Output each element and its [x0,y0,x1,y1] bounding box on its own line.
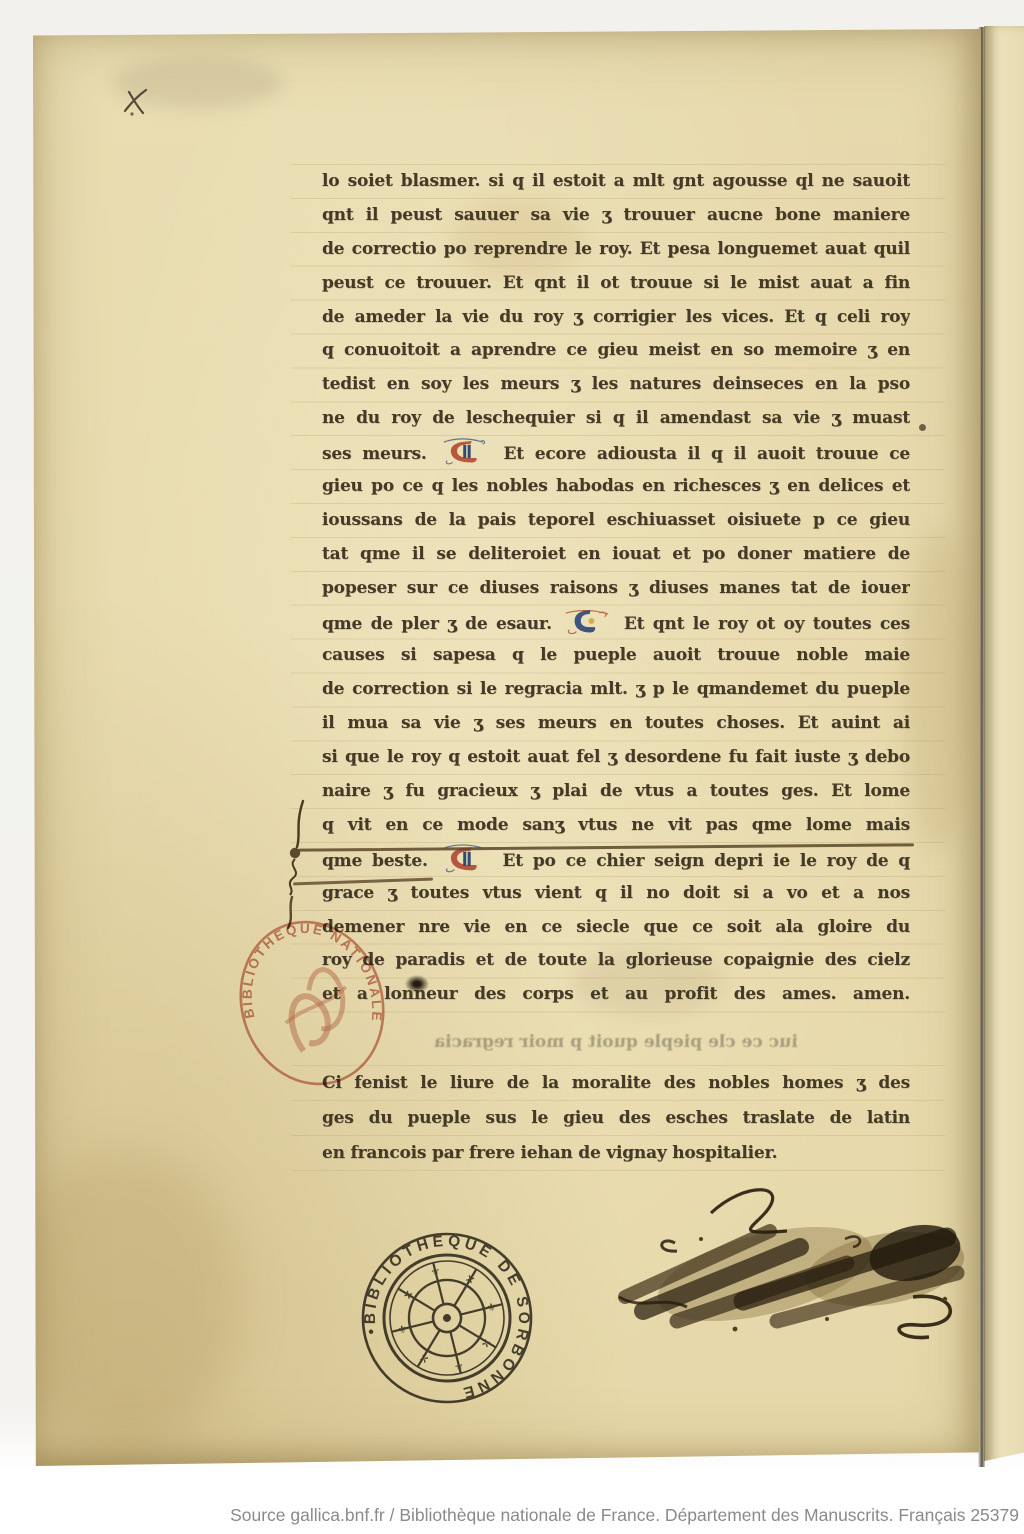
manuscript-line: qnt il peust sauuer sa vie ʒ trouuer auc… [322,199,910,233]
line-text: grace ʒ toutes vtus vient q il no doit s… [322,883,910,903]
sorbonne-stamp: ⚜⚜ ⚜⚜ ✛✛ ✛✛ •BIBLIOTHEQUE DE SORBONNE [357,1228,537,1408]
manuscript-line: q vit en ce mode sanʒ vtus ne vit pas qm… [322,809,910,843]
line-text: gieu po ce q les nobles habodas en riche… [322,476,910,496]
line-text: de ameder la vie du roy ʒ corrigier les … [322,307,910,327]
manuscript-line: causes si sapesa q le pueple auoit trouu… [322,639,910,673]
svg-text:✛: ✛ [402,1288,414,1303]
line-text: naire ʒ fu gracieux ʒ plai de vtus a tou… [322,781,910,801]
manuscript-line: ne du roy de leschequier si q il amendas… [322,402,910,436]
svg-text:•BIBLIOTHEQUE DE SORBONNE: •BIBLIOTHEQUE DE SORBONNE [357,1228,537,1408]
manuscript-page: iuc ce cle pieple quoit p moir regracia … [33,29,981,1466]
manuscript-line: si que le roy q estoit auat fel ʒ desord… [322,741,910,775]
margin-ink-mark [120,85,152,121]
manuscript-line: naire ʒ fu gracieux ʒ plai de vtus a tou… [322,775,910,809]
line-text: q conuoitoit a aprendre ce gieu meist en… [322,340,910,360]
manuscript-line: tat qme il se deliteroiet en iouat et po… [322,538,910,572]
line-text: demener nre vie en ce siecle que ce soit… [322,917,910,937]
svg-text:✛: ✛ [464,1272,476,1287]
line-text: qme de pler ʒ de esaur. [322,614,552,634]
line-text: q vit en ce mode sanʒ vtus ne vit pas qm… [322,815,910,835]
line-text: Ci fenist le liure de la moralite des no… [322,1073,910,1093]
gallica-source-line: Source gallica.bnf.fr / Bibliothèque nat… [230,1505,1019,1526]
colophon-line: ges du pueple sus le gieu des esches tra… [322,1101,910,1136]
decorated-initial-red [441,843,489,873]
colophon-line: en francois par frere iehan de vignay ho… [322,1136,910,1171]
text-block: lo soiet blasmer. si q il estoit a mlt g… [322,165,910,1012]
manuscript-line: qme beste. Et po ce chier seign depri ie… [322,843,910,877]
manuscript-line: tedist en soy les meurs ʒ les natures de… [322,368,910,402]
svg-text:⚜: ⚜ [396,1322,409,1337]
parchment-stain [113,57,283,109]
manuscript-line: de ameder la vie du roy ʒ corrigier les … [322,301,910,335]
line-text: qnt il peust sauuer sa vie ʒ trouuer auc… [322,205,910,225]
ink-blot [405,975,429,993]
line-text: roy de paradis et de toute la glorieuse … [322,950,910,970]
line-text: ses meurs. [322,444,427,464]
manuscript-line: ioussans de la pais teporel eschiuasset … [322,504,910,538]
svg-text:⚜: ⚜ [453,1359,466,1374]
line-text: Et qnt le roy ot oy toutes ces [624,614,910,634]
line-text: peust ce trouuer. Et qnt il ot trouue si… [322,273,910,293]
svg-text:✛: ✛ [418,1352,430,1367]
manuscript-line: grace ʒ toutes vtus vient q il no doit s… [322,877,910,911]
manuscript-line: peust ce trouuer. Et qnt il ot trouue si… [322,267,910,301]
adjacent-page-edge [984,26,1024,1464]
bleedthrough-text: iuc ce cle pieple quoit p moir regracia [322,1025,910,1059]
manuscript-line: roy de paradis et de toute la glorieuse … [322,944,910,978]
svg-text:⚜: ⚜ [485,1300,498,1315]
line-text: tedist en soy les meurs ʒ les natures de… [322,374,910,394]
parchment-stain [903,529,973,849]
manuscript-line: demener nre vie en ce siecle que ce soit… [322,911,910,945]
manuscript-line: popeser sur ce diuses raisons ʒ diuses m… [322,572,910,606]
line-text: ges du pueple sus le gieu des esches tra… [322,1108,910,1128]
decorated-initial-red [441,436,489,466]
line-text: Et ecore adiousta il q il auoit trouue c… [503,444,910,464]
svg-text:⚜: ⚜ [429,1264,442,1279]
manuscript-line: de correction si le regracia mlt. ʒ p le… [322,673,910,707]
line-text: en francois par frere iehan de vignay ho… [322,1143,777,1163]
line-text: lo soiet blasmer. si q il estoit a mlt g… [322,171,910,191]
manuscript-line: de correctio po reprendre le roy. Et pes… [322,233,910,267]
manuscript-line: qme de pler ʒ de esaur. Et qnt le roy ot… [322,606,910,640]
line-text: tat qme il se deliteroiet en iouat et po… [322,544,910,564]
margin-dot [919,424,926,431]
effaced-inscription-scribble [615,1179,975,1359]
line-text: ne du roy de leschequier si q il amendas… [322,408,910,428]
manuscript-line: gieu po ce q les nobles habodas en riche… [322,470,910,504]
line-text: ioussans de la pais teporel eschiuasset … [322,510,910,530]
parchment-stain [3,1149,243,1449]
colophon-line: Ci fenist le liure de la moralite des no… [322,1066,910,1101]
svg-text:✛: ✛ [480,1336,492,1351]
line-text: causes si sapesa q le pueple auoit trouu… [322,645,910,665]
colophon: Ci fenist le liure de la moralite des no… [322,1066,910,1171]
margin-paraph-mark [283,797,313,931]
manuscript-line: q conuoitoit a aprendre ce gieu meist en… [322,334,910,368]
line-text: si que le roy q estoit auat fel ʒ desord… [322,747,910,767]
decorated-initial-blue [563,606,611,636]
manuscript-line: lo soiet blasmer. si q il estoit a mlt g… [322,165,910,199]
line-text: de correction si le regracia mlt. ʒ p le… [322,679,910,699]
line-text: de correctio po reprendre le roy. Et pes… [322,239,910,259]
line-text: il mua sa vie ʒ ses meurs en toutes chos… [322,713,910,733]
line-text: qme beste. [322,851,428,871]
manuscript-line: ses meurs. Et ecore adiousta il q il auo… [322,436,910,470]
line-text: popeser sur ce diuses raisons ʒ diuses m… [322,578,910,598]
manuscript-line: il mua sa vie ʒ ses meurs en toutes chos… [322,707,910,741]
